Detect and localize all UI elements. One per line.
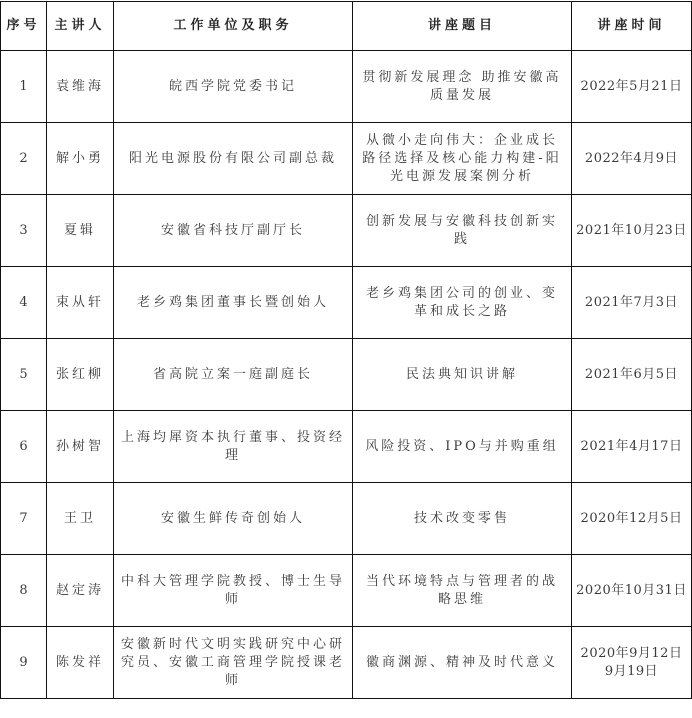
table-row: 3 夏辑 安徽省科技厅副厅长 创新发展与安徽科技创新实践 2021年10月23日 bbox=[1, 195, 692, 267]
cell-speaker: 陈发祥 bbox=[47, 627, 114, 699]
cell-no: 1 bbox=[1, 51, 47, 123]
header-date: 讲座时间 bbox=[572, 2, 692, 51]
cell-no: 9 bbox=[1, 627, 47, 699]
cell-org: 中科大管理学院教授、博士生导师 bbox=[114, 555, 353, 627]
cell-speaker: 夏辑 bbox=[47, 195, 114, 267]
cell-no: 8 bbox=[1, 555, 47, 627]
lecture-schedule-table: 序号 主讲人 工作单位及职务 讲座题目 讲座时间 1 袁维海 皖西学院党委书记 … bbox=[0, 1, 692, 699]
cell-date: 2021年10月23日 bbox=[572, 195, 692, 267]
cell-date-line-2: 9月19日 bbox=[574, 663, 689, 681]
header-org: 工作单位及职务 bbox=[114, 2, 353, 51]
cell-topic: 民法典知识讲解 bbox=[353, 339, 572, 411]
cell-date: 2020年10月31日 bbox=[572, 555, 692, 627]
cell-speaker: 袁维海 bbox=[47, 51, 114, 123]
cell-topic: 创新发展与安徽科技创新实践 bbox=[353, 195, 572, 267]
cell-no: 5 bbox=[1, 339, 47, 411]
cell-speaker: 王卫 bbox=[47, 483, 114, 555]
cell-org: 安徽新时代文明实践研究中心研究员、安徽工商管理学院授课老师 bbox=[114, 627, 353, 699]
cell-org: 阳光电源股份有限公司副总裁 bbox=[114, 123, 353, 195]
cell-date: 2021年6月5日 bbox=[572, 339, 692, 411]
header-speaker: 主讲人 bbox=[47, 2, 114, 51]
cell-topic: 风险投资、IPO与并购重组 bbox=[353, 411, 572, 483]
cell-speaker: 孙树智 bbox=[47, 411, 114, 483]
cell-date-line-1: 2020年9月12日 bbox=[574, 645, 689, 663]
cell-no: 6 bbox=[1, 411, 47, 483]
cell-date: 2021年4月17日 bbox=[572, 411, 692, 483]
cell-speaker: 解小勇 bbox=[47, 123, 114, 195]
cell-no: 7 bbox=[1, 483, 47, 555]
table-row: 7 王卫 安徽生鲜传奇创始人 技术改变零售 2020年12月5日 bbox=[1, 483, 692, 555]
table-row: 9 陈发祥 安徽新时代文明实践研究中心研究员、安徽工商管理学院授课老师 徽商渊源… bbox=[1, 627, 692, 699]
cell-topic: 贯彻新发展理念 助推安徽高质量发展 bbox=[353, 51, 572, 123]
cell-org: 省高院立案一庭副庭长 bbox=[114, 339, 353, 411]
table-row: 2 解小勇 阳光电源股份有限公司副总裁 从微小走向伟大：企业成长路径选择及核心能… bbox=[1, 123, 692, 195]
cell-org: 安徽省科技厅副厅长 bbox=[114, 195, 353, 267]
cell-date: 2022年4月9日 bbox=[572, 123, 692, 195]
cell-org: 老乡鸡集团董事长暨创始人 bbox=[114, 267, 353, 339]
cell-date: 2022年5月21日 bbox=[572, 51, 692, 123]
cell-speaker: 束从轩 bbox=[47, 267, 114, 339]
table-row: 4 束从轩 老乡鸡集团董事长暨创始人 老乡鸡集团公司的创业、变革和成长之路 20… bbox=[1, 267, 692, 339]
cell-no: 4 bbox=[1, 267, 47, 339]
cell-org: 安徽生鲜传奇创始人 bbox=[114, 483, 353, 555]
cell-topic: 从微小走向伟大：企业成长路径选择及核心能力构建-阳光电源发展案例分析 bbox=[353, 123, 572, 195]
cell-speaker: 张红柳 bbox=[47, 339, 114, 411]
cell-speaker: 赵定涛 bbox=[47, 555, 114, 627]
cell-topic: 技术改变零售 bbox=[353, 483, 572, 555]
cell-date: 2020年9月12日 9月19日 bbox=[572, 627, 692, 699]
cell-topic: 当代环境特点与管理者的战略思维 bbox=[353, 555, 572, 627]
table-header-row: 序号 主讲人 工作单位及职务 讲座题目 讲座时间 bbox=[1, 2, 692, 51]
cell-date: 2021年7月3日 bbox=[572, 267, 692, 339]
cell-no: 2 bbox=[1, 123, 47, 195]
cell-no: 3 bbox=[1, 195, 47, 267]
table-row: 5 张红柳 省高院立案一庭副庭长 民法典知识讲解 2021年6月5日 bbox=[1, 339, 692, 411]
table-row: 8 赵定涛 中科大管理学院教授、博士生导师 当代环境特点与管理者的战略思维 20… bbox=[1, 555, 692, 627]
table-row: 1 袁维海 皖西学院党委书记 贯彻新发展理念 助推安徽高质量发展 2022年5月… bbox=[1, 51, 692, 123]
header-topic: 讲座题目 bbox=[353, 2, 572, 51]
cell-org: 皖西学院党委书记 bbox=[114, 51, 353, 123]
cell-org: 上海均犀资本执行董事、投资经理 bbox=[114, 411, 353, 483]
cell-topic: 老乡鸡集团公司的创业、变革和成长之路 bbox=[353, 267, 572, 339]
header-no: 序号 bbox=[1, 2, 47, 51]
table-row: 6 孙树智 上海均犀资本执行董事、投资经理 风险投资、IPO与并购重组 2021… bbox=[1, 411, 692, 483]
cell-topic: 徽商渊源、精神及时代意义 bbox=[353, 627, 572, 699]
cell-date: 2020年12月5日 bbox=[572, 483, 692, 555]
